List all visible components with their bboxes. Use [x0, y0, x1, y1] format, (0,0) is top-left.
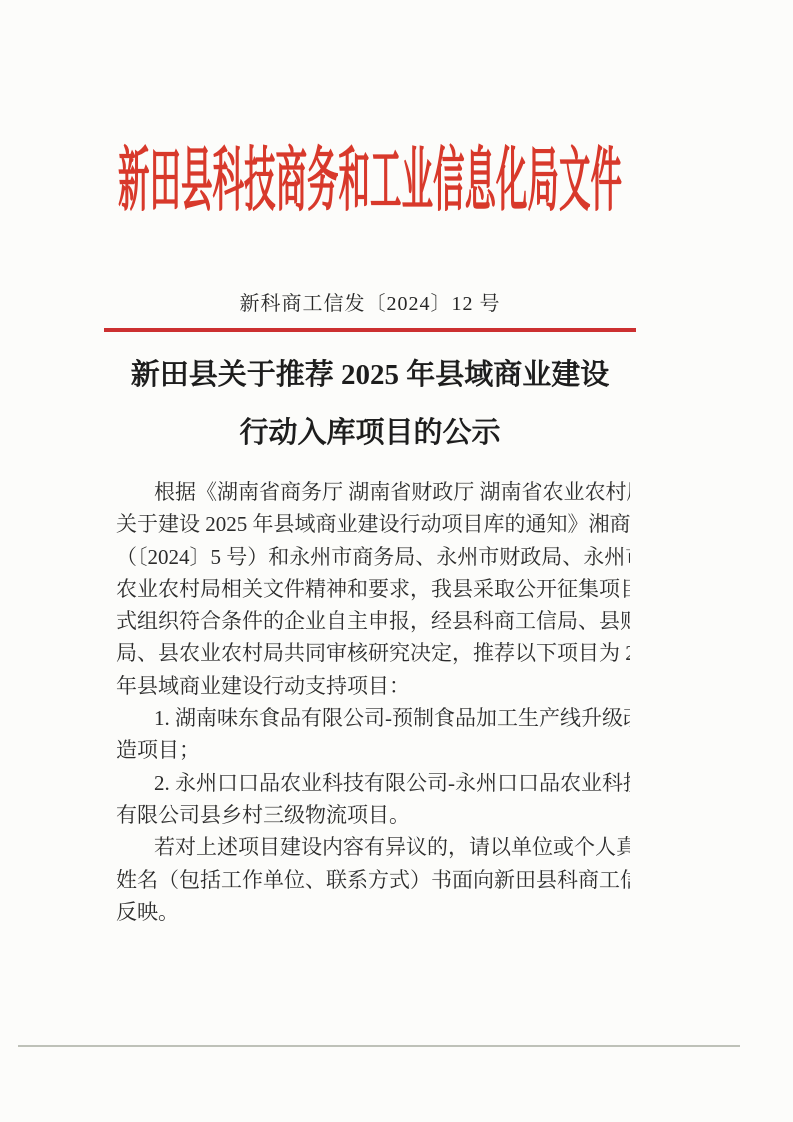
body-line-project-2-cont: 有限公司县乡村三级物流项目。: [116, 799, 630, 831]
document-reference-number: 新科商工信发〔2024〕12 号: [105, 287, 635, 316]
body-line: 农业农村局相关文件精神和要求，我县采取公开征集项目方: [116, 573, 630, 605]
body-line-project-2: 2. 永州口口品农业科技有限公司-永州口口品农业科技: [116, 767, 630, 799]
body-line: 式组织符合条件的企业自主申报，经县科商工信局、县财政: [116, 605, 630, 637]
document-title-line1: 新田县关于推荐 2025 年县域商业建设: [105, 358, 635, 392]
scanned-official-document-page: 新田县科技商务和工业信息化局文件 新科商工信发〔2024〕12 号 新田县关于推…: [0, 0, 793, 1122]
document-title: 新田县关于推荐 2025 年县域商业建设 行动入库项目的公示: [105, 358, 635, 450]
document-body: 根据《湖南省商务厅 湖南省财政厅 湖南省农业农村厅 关于建设 2025 年县域商…: [116, 476, 630, 928]
body-line: 年县域商业建设行动支持项目：: [116, 670, 630, 702]
body-line: 姓名（包括工作单位、联系方式）书面向新田县科商工信局: [116, 864, 630, 896]
agency-masthead-title: 新田县科技商务和工业信息化局文件: [118, 147, 622, 217]
red-divider-line: [104, 328, 636, 332]
body-line-project-1: 1. 湖南味东食品有限公司-预制食品加工生产线升级改: [116, 702, 630, 734]
document-title-line2: 行动入库项目的公示: [105, 416, 635, 450]
body-line: 反映。: [116, 896, 630, 928]
body-line: 若对上述项目建设内容有异议的，请以单位或个人真实: [116, 831, 630, 863]
page-bottom-scan-edge-line: [18, 1045, 740, 1047]
body-line-project-1-cont: 造项目；: [116, 734, 630, 766]
body-line: 关于建设 2025 年县域商业建设行动项目库的通知》湘商建: [116, 508, 630, 540]
body-line: （〔2024〕5 号）和永州市商务局、永州市财政局、永州市: [116, 541, 630, 573]
body-line: 局、县农业农村局共同审核研究决定，推荐以下项目为 2025: [116, 637, 630, 669]
agency-masthead: 新田县科技商务和工业信息化局文件: [105, 142, 635, 222]
body-line: 根据《湖南省商务厅 湖南省财政厅 湖南省农业农村厅: [116, 476, 630, 508]
